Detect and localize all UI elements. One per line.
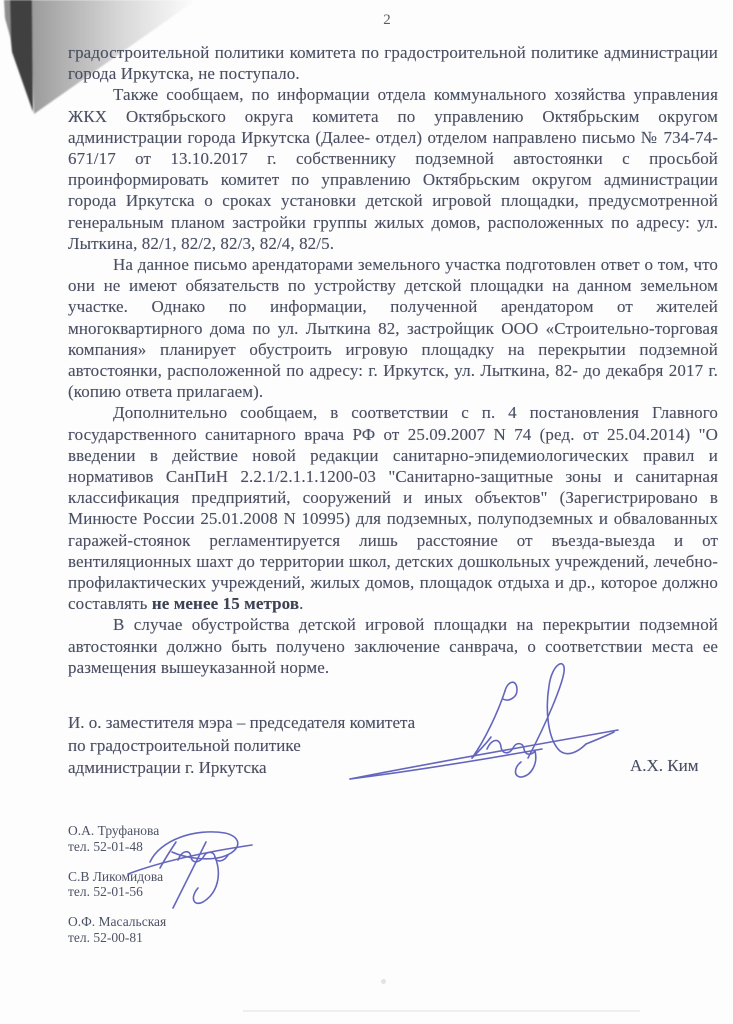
- scan-artifact-dot: [381, 979, 386, 984]
- contact-entry: О.Ф. Масальская тел. 52-00-81: [68, 914, 308, 945]
- signer-title-line: И. о. заместителя мэра – председателя ко…: [68, 712, 488, 735]
- contact-entry: С.В Ликомидова тел. 52-01-56: [68, 869, 308, 900]
- contact-phone: тел. 52-01-48: [68, 839, 308, 855]
- scanned-letter-page: 2 градостроительной политики комитета по…: [0, 0, 733, 1024]
- signer-title-line: по градостроительной политике: [68, 735, 488, 758]
- signer-title-line: администрации г. Иркутска: [68, 757, 488, 780]
- contact-name: О.А. Труфанова: [68, 823, 308, 839]
- body-paragraph: градостроительной политики комитета по г…: [68, 42, 718, 84]
- body-paragraph: В случае обустройства детской игровой пл…: [68, 614, 718, 678]
- body-paragraph: Дополнительно сообщаем, в соответствии с…: [68, 402, 718, 614]
- body-paragraph: Также сообщаем, по информации отдела ком…: [68, 84, 718, 254]
- paragraph-text: .: [299, 594, 303, 613]
- contact-phone: тел. 52-00-81: [68, 930, 308, 946]
- contact-name: С.В Ликомидова: [68, 869, 308, 885]
- signer-title-block: И. о. заместителя мэра – председателя ко…: [68, 712, 488, 780]
- contacts-block: О.А. Труфанова тел. 52-01-48 С.В Ликомид…: [68, 823, 308, 960]
- signer-name: А.Х. Ким: [630, 756, 699, 776]
- contact-name: О.Ф. Масальская: [68, 914, 308, 930]
- contact-phone: тел. 52-01-56: [68, 884, 308, 900]
- paragraph-text: Дополнительно сообщаем, в соответствии с…: [68, 403, 718, 613]
- scan-artifact-line: [243, 1010, 640, 1012]
- bold-norm-text: не менее 15 метров: [152, 594, 299, 613]
- letter-body: градостроительной политики комитета по г…: [68, 42, 718, 678]
- contact-entry: О.А. Труфанова тел. 52-01-48: [68, 823, 308, 854]
- body-paragraph: На данное письмо арендаторами земельного…: [68, 254, 718, 402]
- page-number: 2: [372, 12, 402, 29]
